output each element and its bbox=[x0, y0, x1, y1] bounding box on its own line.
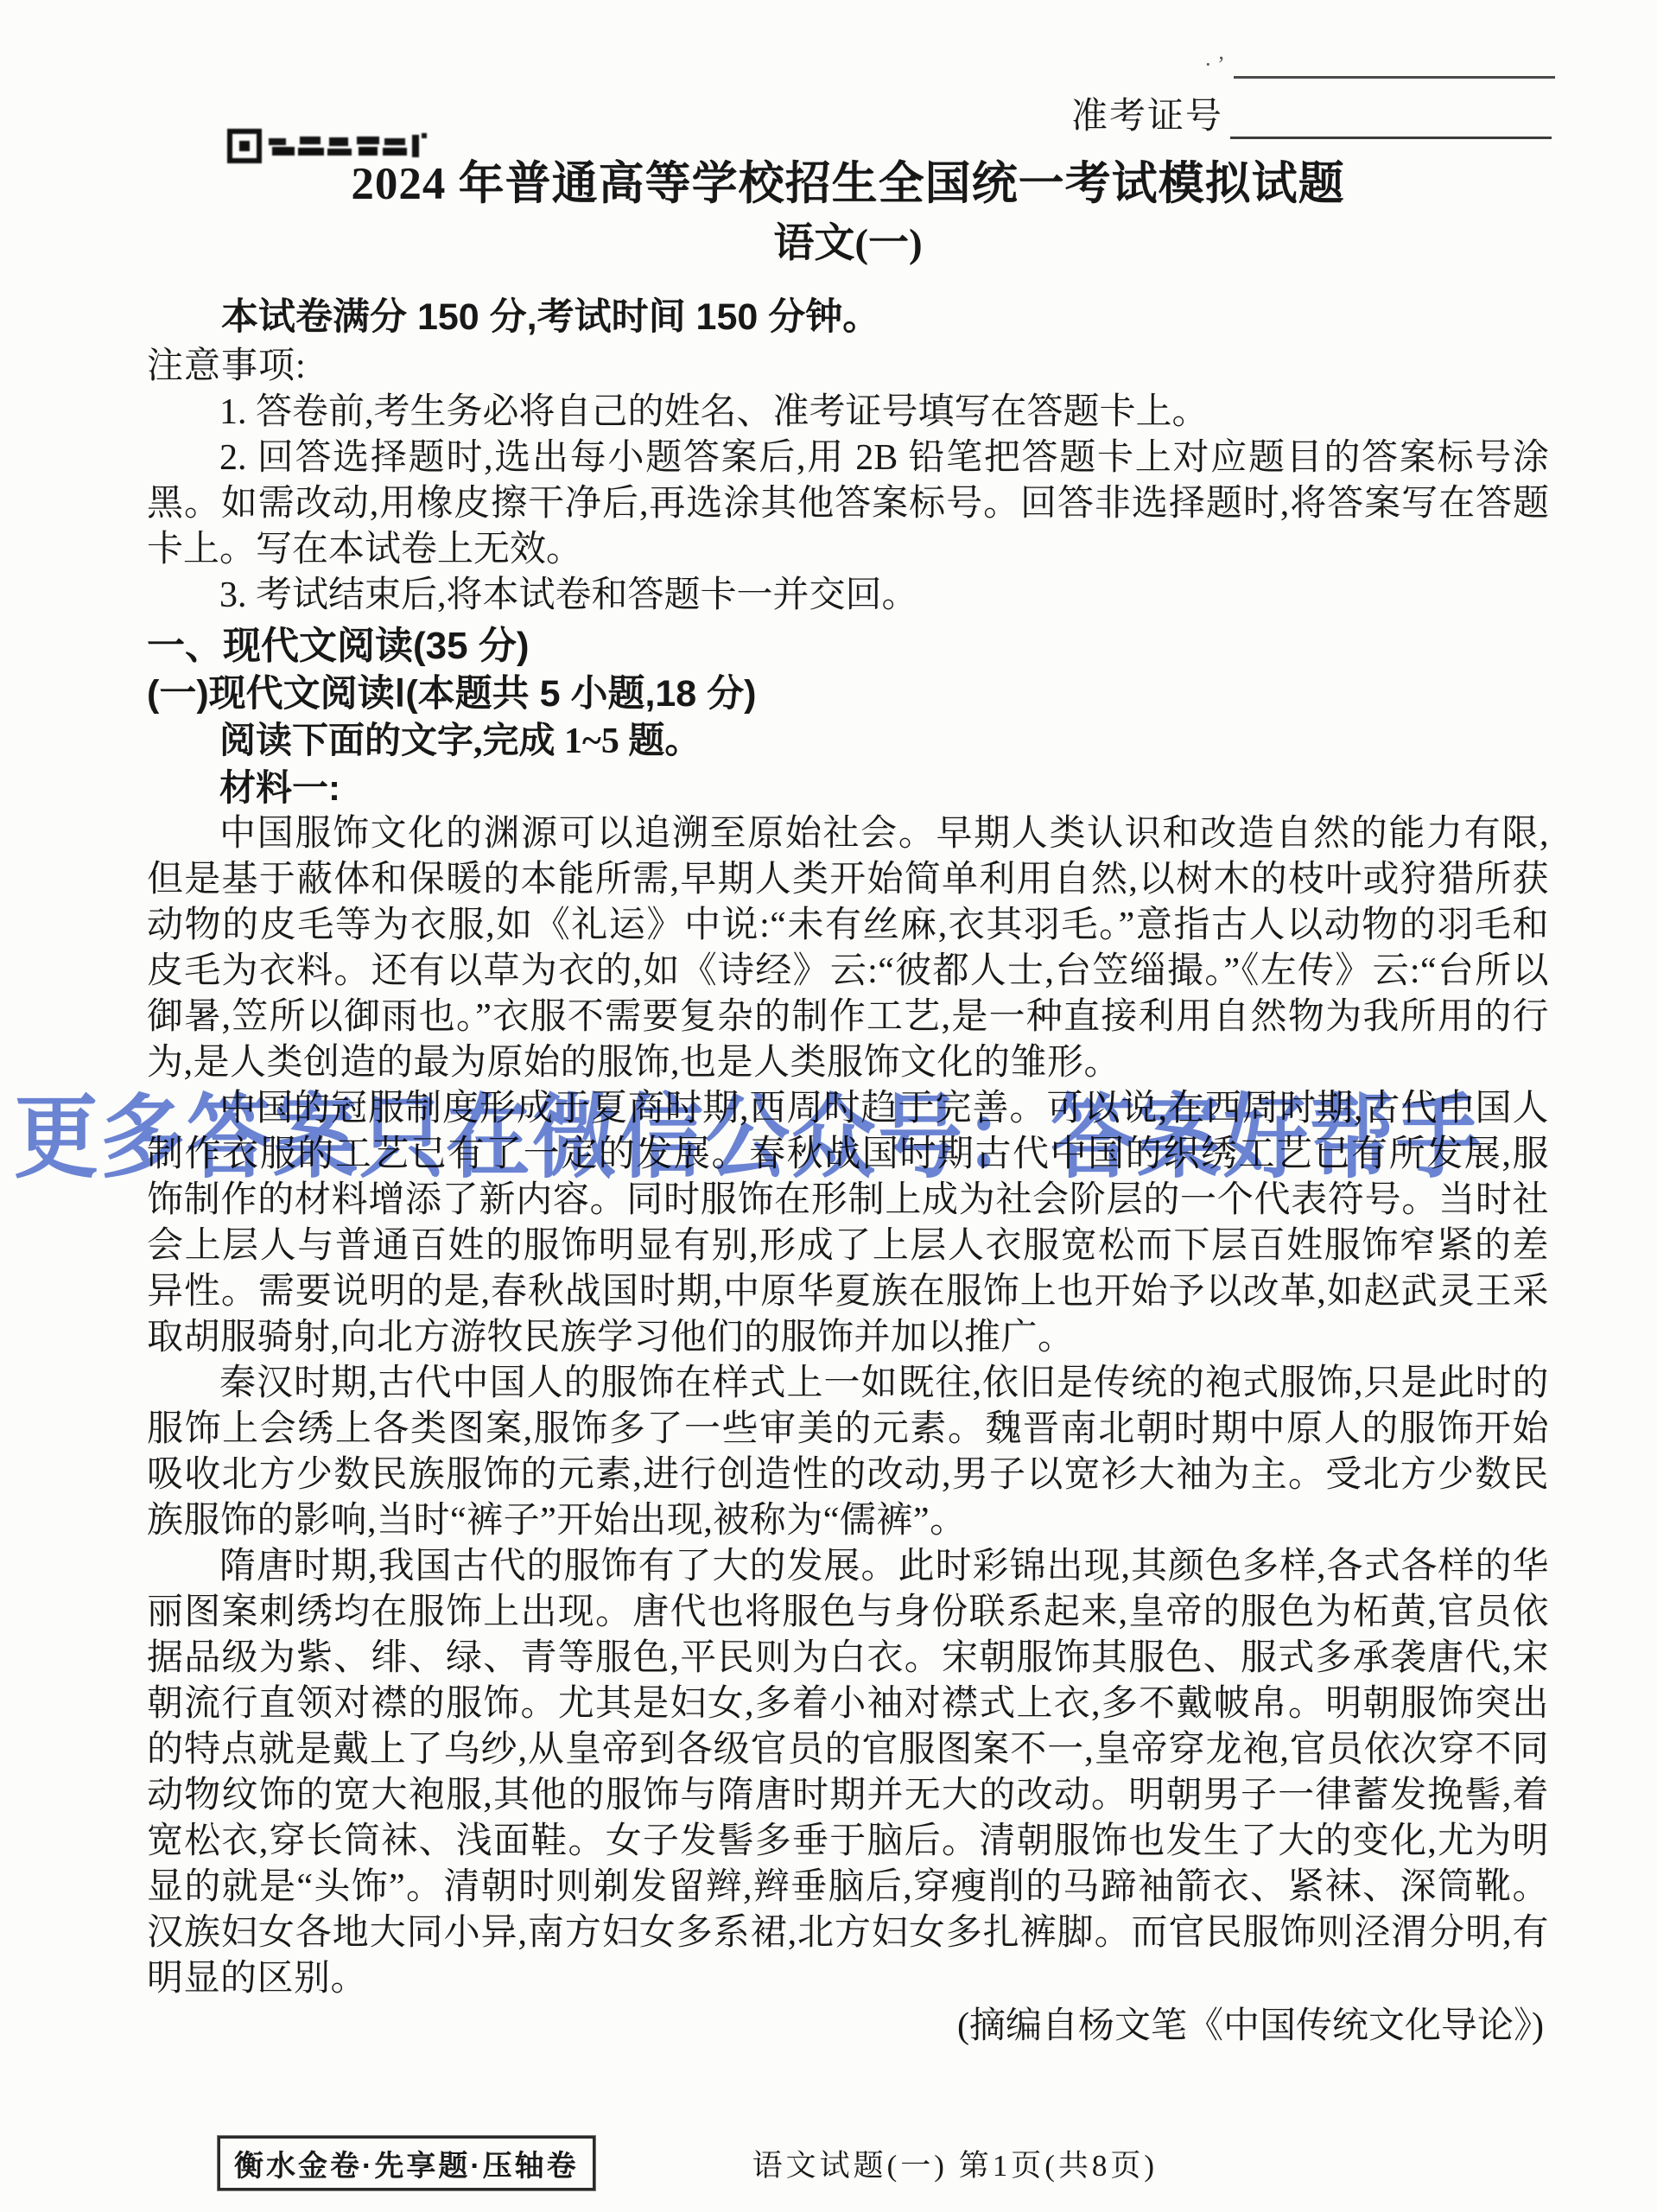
source-attribution: (摘编自杨文笔《中国传统文化导论》) bbox=[147, 2004, 1549, 2050]
page-content: 2024 年普通高等学校招生全国统一考试模拟试题 语文(一) 本试卷满分 150… bbox=[0, 0, 1657, 2050]
exam-info-line: 本试卷满分 150 分,考试时间 150 分钟。 bbox=[147, 294, 1549, 340]
material-paragraph: 中国服饰文化的渊源可以追溯至原始社会。早期人类认识和改造自然的能力有限,但是基于… bbox=[147, 811, 1549, 1086]
material-paragraph: 中国的冠服制度形成于夏商时期,西周时趋于完善。可以说,在西周时期,古代中国人制作… bbox=[147, 1086, 1549, 1361]
note-item-1: 1. 答卷前,考生务必将自己的姓名、准考证号填写在答题卡上。 bbox=[147, 390, 1549, 435]
page-title: 2024 年普通高等学校招生全国统一考试模拟试题 bbox=[147, 157, 1549, 211]
exam-paper-page: 准考证号 2024 年普通高等学校招生全国统一考试模拟试题 语文(一) 本试卷满… bbox=[0, 0, 1657, 2212]
material-paragraph: 秦汉时期,古代中国人的服饰在样式上一如既往,依旧是传统的袍式服饰,只是此时的服饰… bbox=[147, 1361, 1549, 1544]
section-heading: 一、现代文阅读(35 分) bbox=[147, 622, 1549, 671]
brand-box: 衡水金卷·先享题·压轴卷 bbox=[218, 2136, 595, 2190]
page-number-info: 语文试题(一) 第1页(共8页) bbox=[752, 2142, 1158, 2185]
note-item-3: 3. 考试结束后,将本试卷和答题卡一并交回。 bbox=[147, 573, 1549, 619]
note-item-2: 2. 回答选择题时,选出每小题答案后,用 2B 铅笔把答题卡上对应题目的答案标号… bbox=[147, 435, 1549, 573]
reading-instruction: 阅读下面的文字,完成 1~5 题。 bbox=[147, 718, 1549, 765]
material-paragraph: 隋唐时期,我国古代的服饰有了大的发展。此时彩锦出现,其颜色多样,各式各样的华丽图… bbox=[147, 1544, 1549, 2002]
page-subtitle: 语文(一) bbox=[147, 219, 1549, 268]
page-footer: 衡水金卷·先享题·压轴卷 语文试题(一) 第1页(共8页) bbox=[218, 2136, 1158, 2190]
notes-heading: 注意事项: bbox=[147, 344, 1549, 390]
material-one-label: 材料一: bbox=[147, 765, 1549, 811]
subsection-heading: (一)现代文阅读Ⅰ(本题共 5 小题,18 分) bbox=[147, 671, 1549, 718]
